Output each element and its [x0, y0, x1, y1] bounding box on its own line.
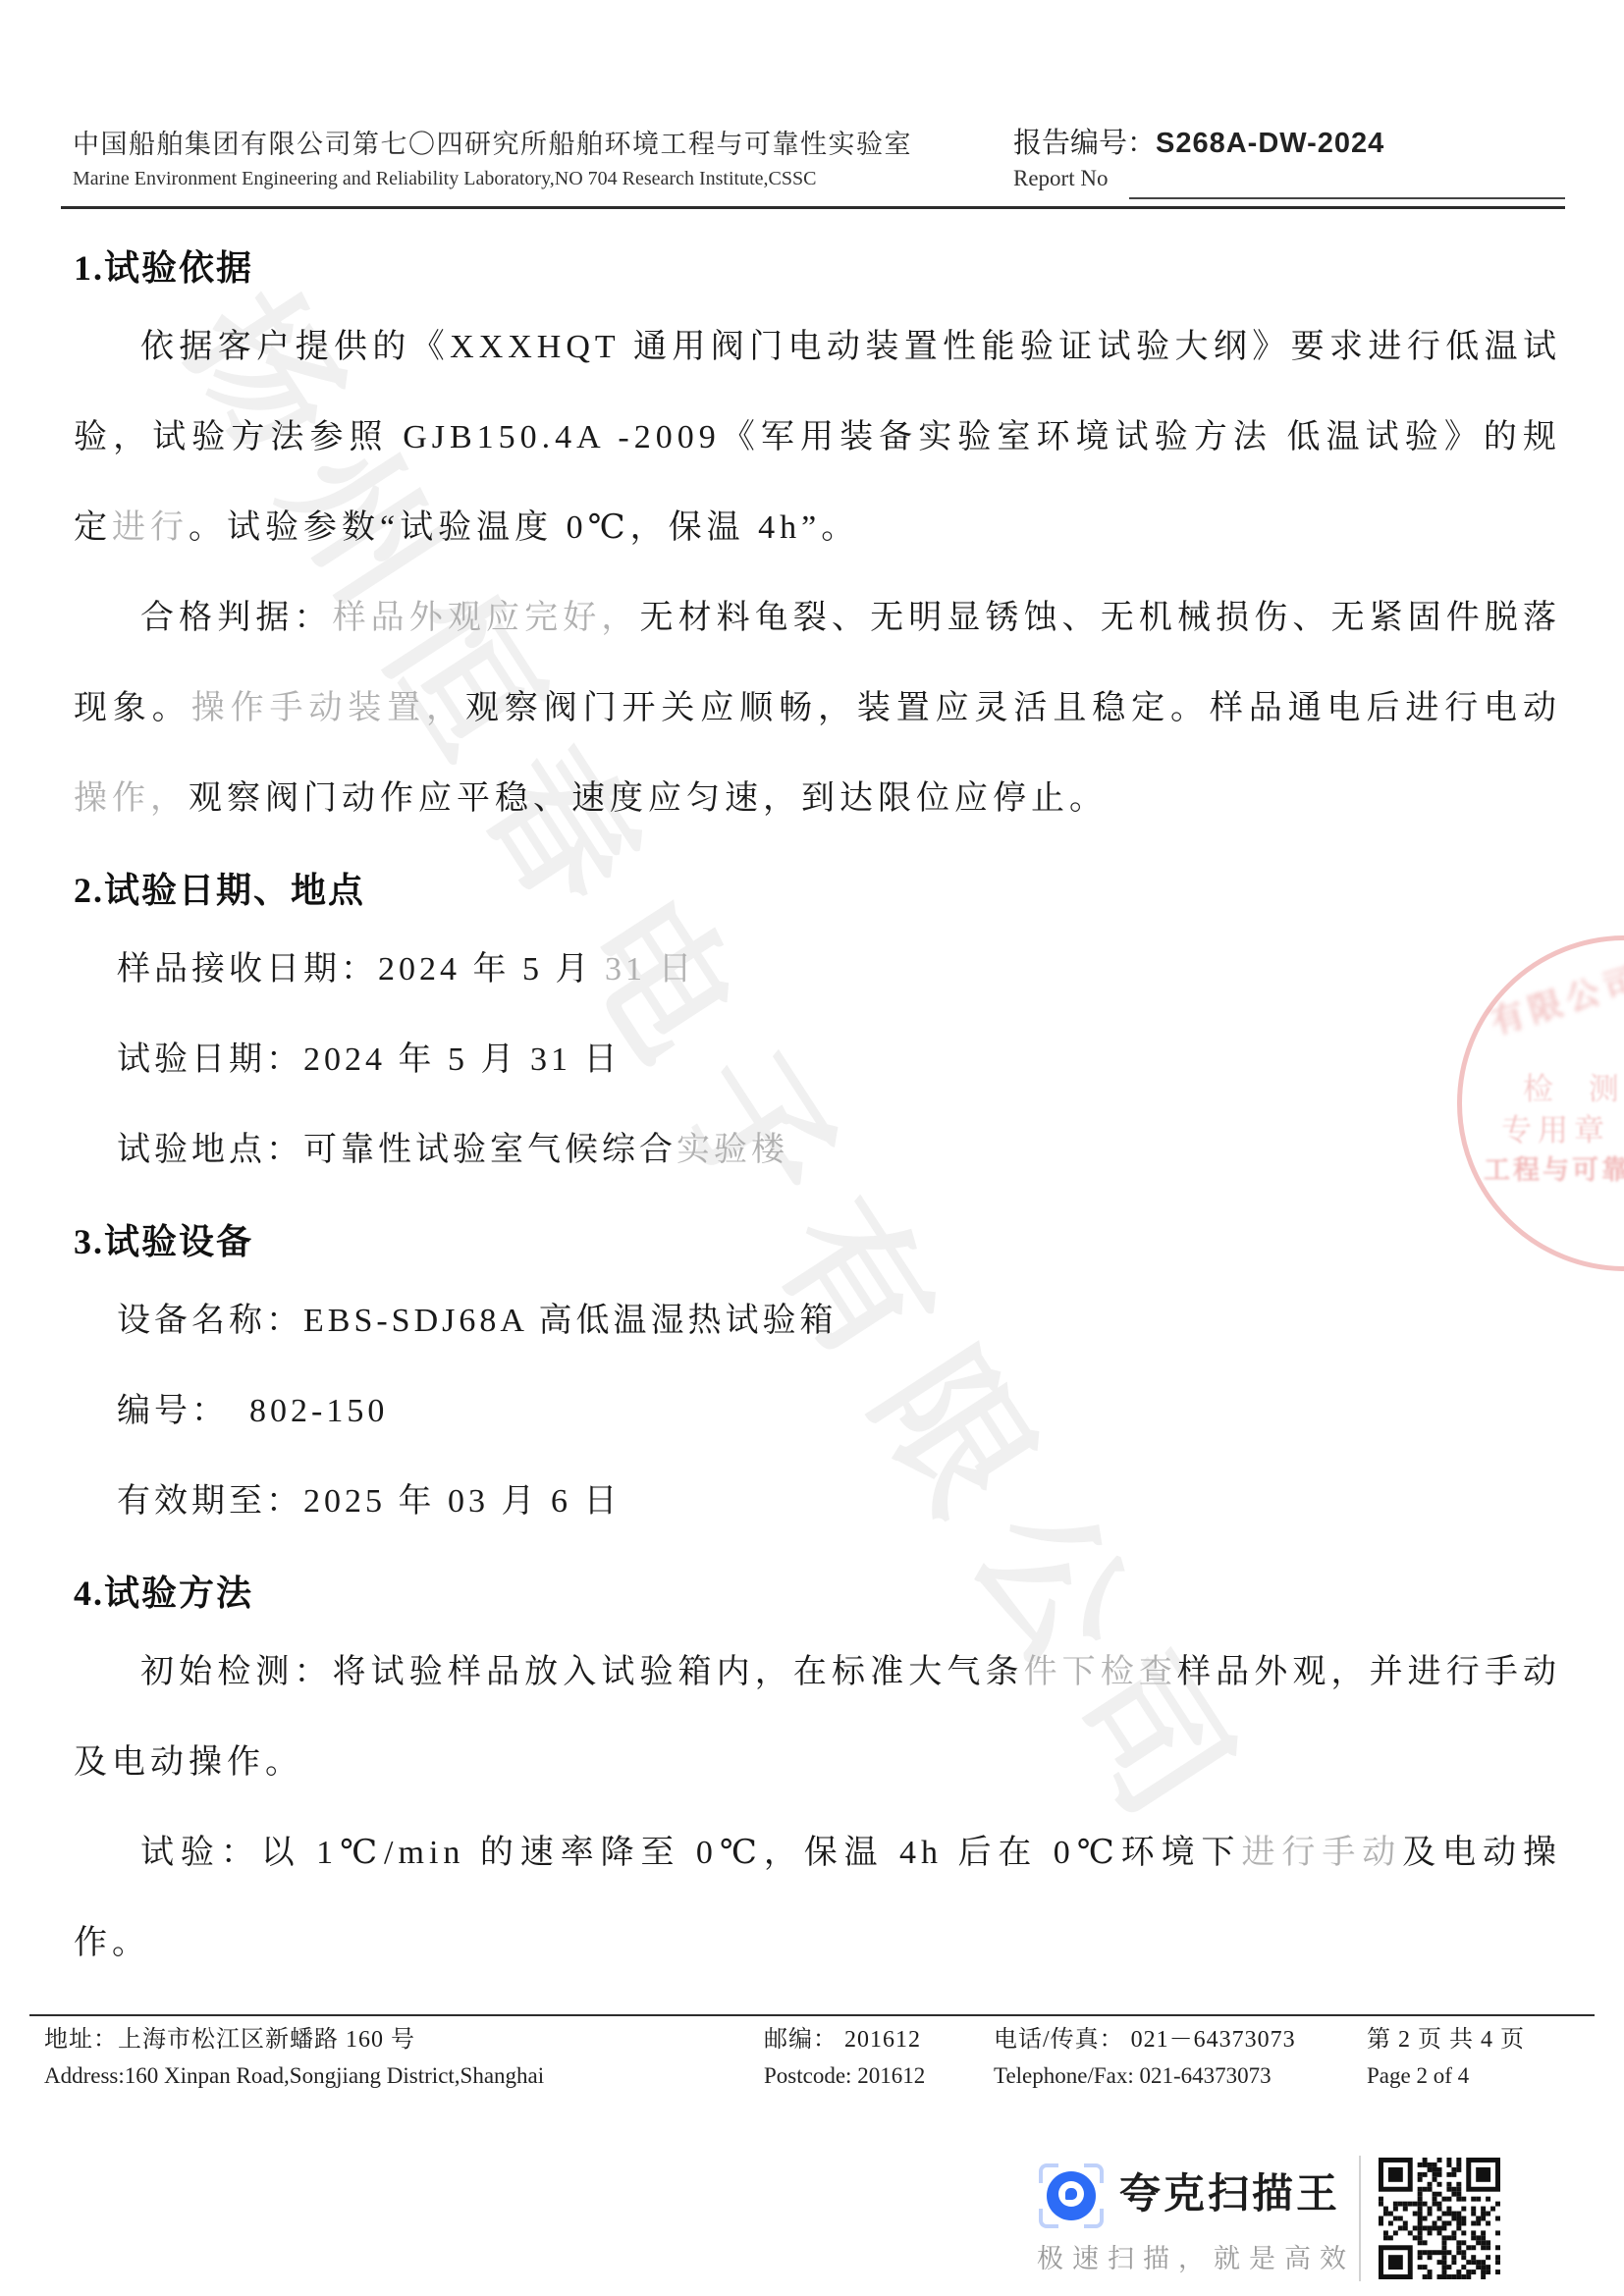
text-segment: 试验：以 1℃/min 的速率降至 0℃，保温 4h 后在 0℃环境下 — [140, 1835, 1241, 1871]
text-segment: 操作手动装置， — [191, 690, 465, 726]
report-no-value: S268A-DW-2024 — [1156, 128, 1384, 159]
text-segment: 试验地点：可靠性试验室气候综合 — [117, 1132, 677, 1168]
text-segment: 进行手动 — [1241, 1835, 1402, 1871]
text-segment: 实验楼 — [677, 1132, 788, 1168]
scanner-tagline: 极速扫描，就是高效 — [1037, 2246, 1355, 2272]
footer-page-cn: 第 2 页 共 4 页 — [1367, 2028, 1525, 2052]
paragraph: 合格判据：样品外观应完好，无材料龟裂、无明显锈蚀、无机械损伤、无紧固件脱落现象。… — [74, 573, 1561, 844]
scanner-app-name: 夸克扫描王 — [1119, 2173, 1340, 2215]
text-segment: 观察阀门开关应顺畅，装置应灵活且稳定。样品通电后进行电动 — [465, 690, 1561, 726]
qr-code — [1379, 2158, 1500, 2279]
header-report-no: 报告编号：S268A-DW-2024 Report No — [1013, 130, 1384, 189]
section: 3.试验设备设备名称：EBS-SDJ68A 高低温湿热试验箱编号： 802-15… — [74, 1207, 1561, 1547]
quark-scanner-icon — [1039, 2163, 1104, 2228]
footer-phone-en: Telephone/Fax: 021-64373073 — [994, 2064, 1296, 2087]
field-line: 设备名称：EBS-SDJ68A 高低温湿热试验箱 — [74, 1276, 1561, 1366]
text-segment: 观察阀门动作应平稳、速度应匀速，到达限位应停止。 — [189, 780, 1108, 817]
section: 1.试验依据依据客户提供的《XXXHQT 通用阀门电动装置性能验证试验大纲》要求… — [74, 234, 1561, 844]
section-title: 1.试验依据 — [74, 234, 1561, 302]
stamp-line-2: 专用章 — [1501, 1105, 1610, 1149]
section: 4.试验方法初始检测：将试验样品放入试验箱内，在标准大气条件下检查样品外观，并进… — [74, 1559, 1561, 1989]
text-segment: 有效期至：2025 年 03 月 6 日 — [117, 1483, 622, 1520]
document-page: 扬州恒春电子有限公司 中国船舶集团有限公司第七〇四研究所船舶环境工程与可靠性实验… — [0, 0, 1624, 2296]
text-segment: 。试验参数“试验温度 0℃，保温 4h”。 — [189, 509, 859, 546]
report-no-en: Report No — [1013, 167, 1384, 189]
field-line: 试验地点：可靠性试验室气候综合实验楼 — [74, 1105, 1561, 1196]
text-segment: 试验日期：2024 年 5 月 31 日 — [117, 1041, 622, 1078]
footer-postcode: 邮编： 201612 Postcode: 201612 — [764, 2028, 925, 2087]
text-segment: 样品外观应完好， — [333, 600, 640, 636]
report-no-label: 报告编号： — [1013, 128, 1156, 159]
section-title: 2.试验日期、地点 — [74, 856, 1561, 925]
report-no-line: 报告编号：S268A-DW-2024 — [1013, 130, 1384, 158]
quark-logo-core — [1065, 2188, 1077, 2200]
document-body: 1.试验依据依据客户提供的《XXXHQT 通用阀门电动装置性能验证试验大纲》要求… — [74, 234, 1561, 2001]
footer-address-cn: 地址：上海市松江区新蟠路 160 号 — [44, 2028, 544, 2052]
section-title: 4.试验方法 — [74, 1559, 1561, 1628]
text-segment: 操作， — [74, 780, 189, 817]
text-segment: 编号： 802-150 — [117, 1393, 388, 1429]
stamp-line-3: 工程与可靠 — [1484, 1148, 1624, 1187]
text-segment: 31 日 — [605, 951, 696, 988]
org-name-en: Marine Environment Engineering and Relia… — [73, 169, 912, 188]
section: 2.试验日期、地点样品接收日期：2024 年 5 月 31 日试验日期：2024… — [74, 856, 1561, 1196]
org-name-cn: 中国船舶集团有限公司第七〇四研究所船舶环境工程与可靠性实验室 — [73, 132, 912, 158]
footer-page-number: 第 2 页 共 4 页 Page 2 of 4 — [1367, 2028, 1525, 2087]
text-segment: 设备名称：EBS-SDJ68A 高低温湿热试验箱 — [117, 1303, 838, 1339]
text-segment: 样品接收日期：2024 年 5 月 — [117, 951, 605, 988]
field-line: 编号： 802-150 — [74, 1366, 1561, 1457]
stamp-line-1: 检 测 — [1523, 1064, 1624, 1108]
footer-address: 地址：上海市松江区新蟠路 160 号 Address:160 Xinpan Ro… — [44, 2028, 544, 2087]
text-segment: 件下检查 — [1024, 1654, 1177, 1690]
text-segment: 合格判据： — [140, 600, 333, 636]
footer-page-en: Page 2 of 4 — [1367, 2064, 1525, 2087]
footer-address-en: Address:160 Xinpan Road,Songjiang Distri… — [44, 2064, 544, 2087]
scanner-brand-bar: 夸克扫描王 极速扫描，就是高效 — [1033, 2156, 1622, 2285]
field-line: 试验日期：2024 年 5 月 31 日 — [74, 1015, 1561, 1105]
paragraph: 依据客户提供的《XXXHQT 通用阀门电动装置性能验证试验大纲》要求进行低温试验… — [74, 302, 1561, 573]
footer-phone-cn: 电话/传真： 021－64373073 — [994, 2028, 1296, 2052]
paragraph: 初始检测：将试验样品放入试验箱内，在标准大气条件下检查样品外观，并进行手动及电动… — [74, 1628, 1561, 1808]
text-segment: 初始检测：将试验样品放入试验箱内，在标准大气条 — [140, 1654, 1024, 1690]
header-rule-short — [1129, 197, 1565, 199]
field-line: 有效期至：2025 年 03 月 6 日 — [74, 1457, 1561, 1547]
text-segment: 进行 — [112, 509, 189, 546]
footer-postcode-en: Postcode: 201612 — [764, 2064, 925, 2087]
section-title: 3.试验设备 — [74, 1207, 1561, 1276]
paragraph: 试验：以 1℃/min 的速率降至 0℃，保温 4h 后在 0℃环境下进行手动及… — [74, 1808, 1561, 1989]
footer-phone: 电话/传真： 021－64373073 Telephone/Fax: 021-6… — [994, 2028, 1296, 2087]
vertical-divider — [1359, 2156, 1361, 2281]
footer-rule — [29, 2014, 1595, 2016]
header-org: 中国船舶集团有限公司第七〇四研究所船舶环境工程与可靠性实验室 Marine En… — [73, 132, 912, 188]
footer-postcode-cn: 邮编： 201612 — [764, 2028, 925, 2052]
header-rule — [61, 206, 1565, 209]
field-line: 样品接收日期：2024 年 5 月 31 日 — [74, 925, 1561, 1015]
